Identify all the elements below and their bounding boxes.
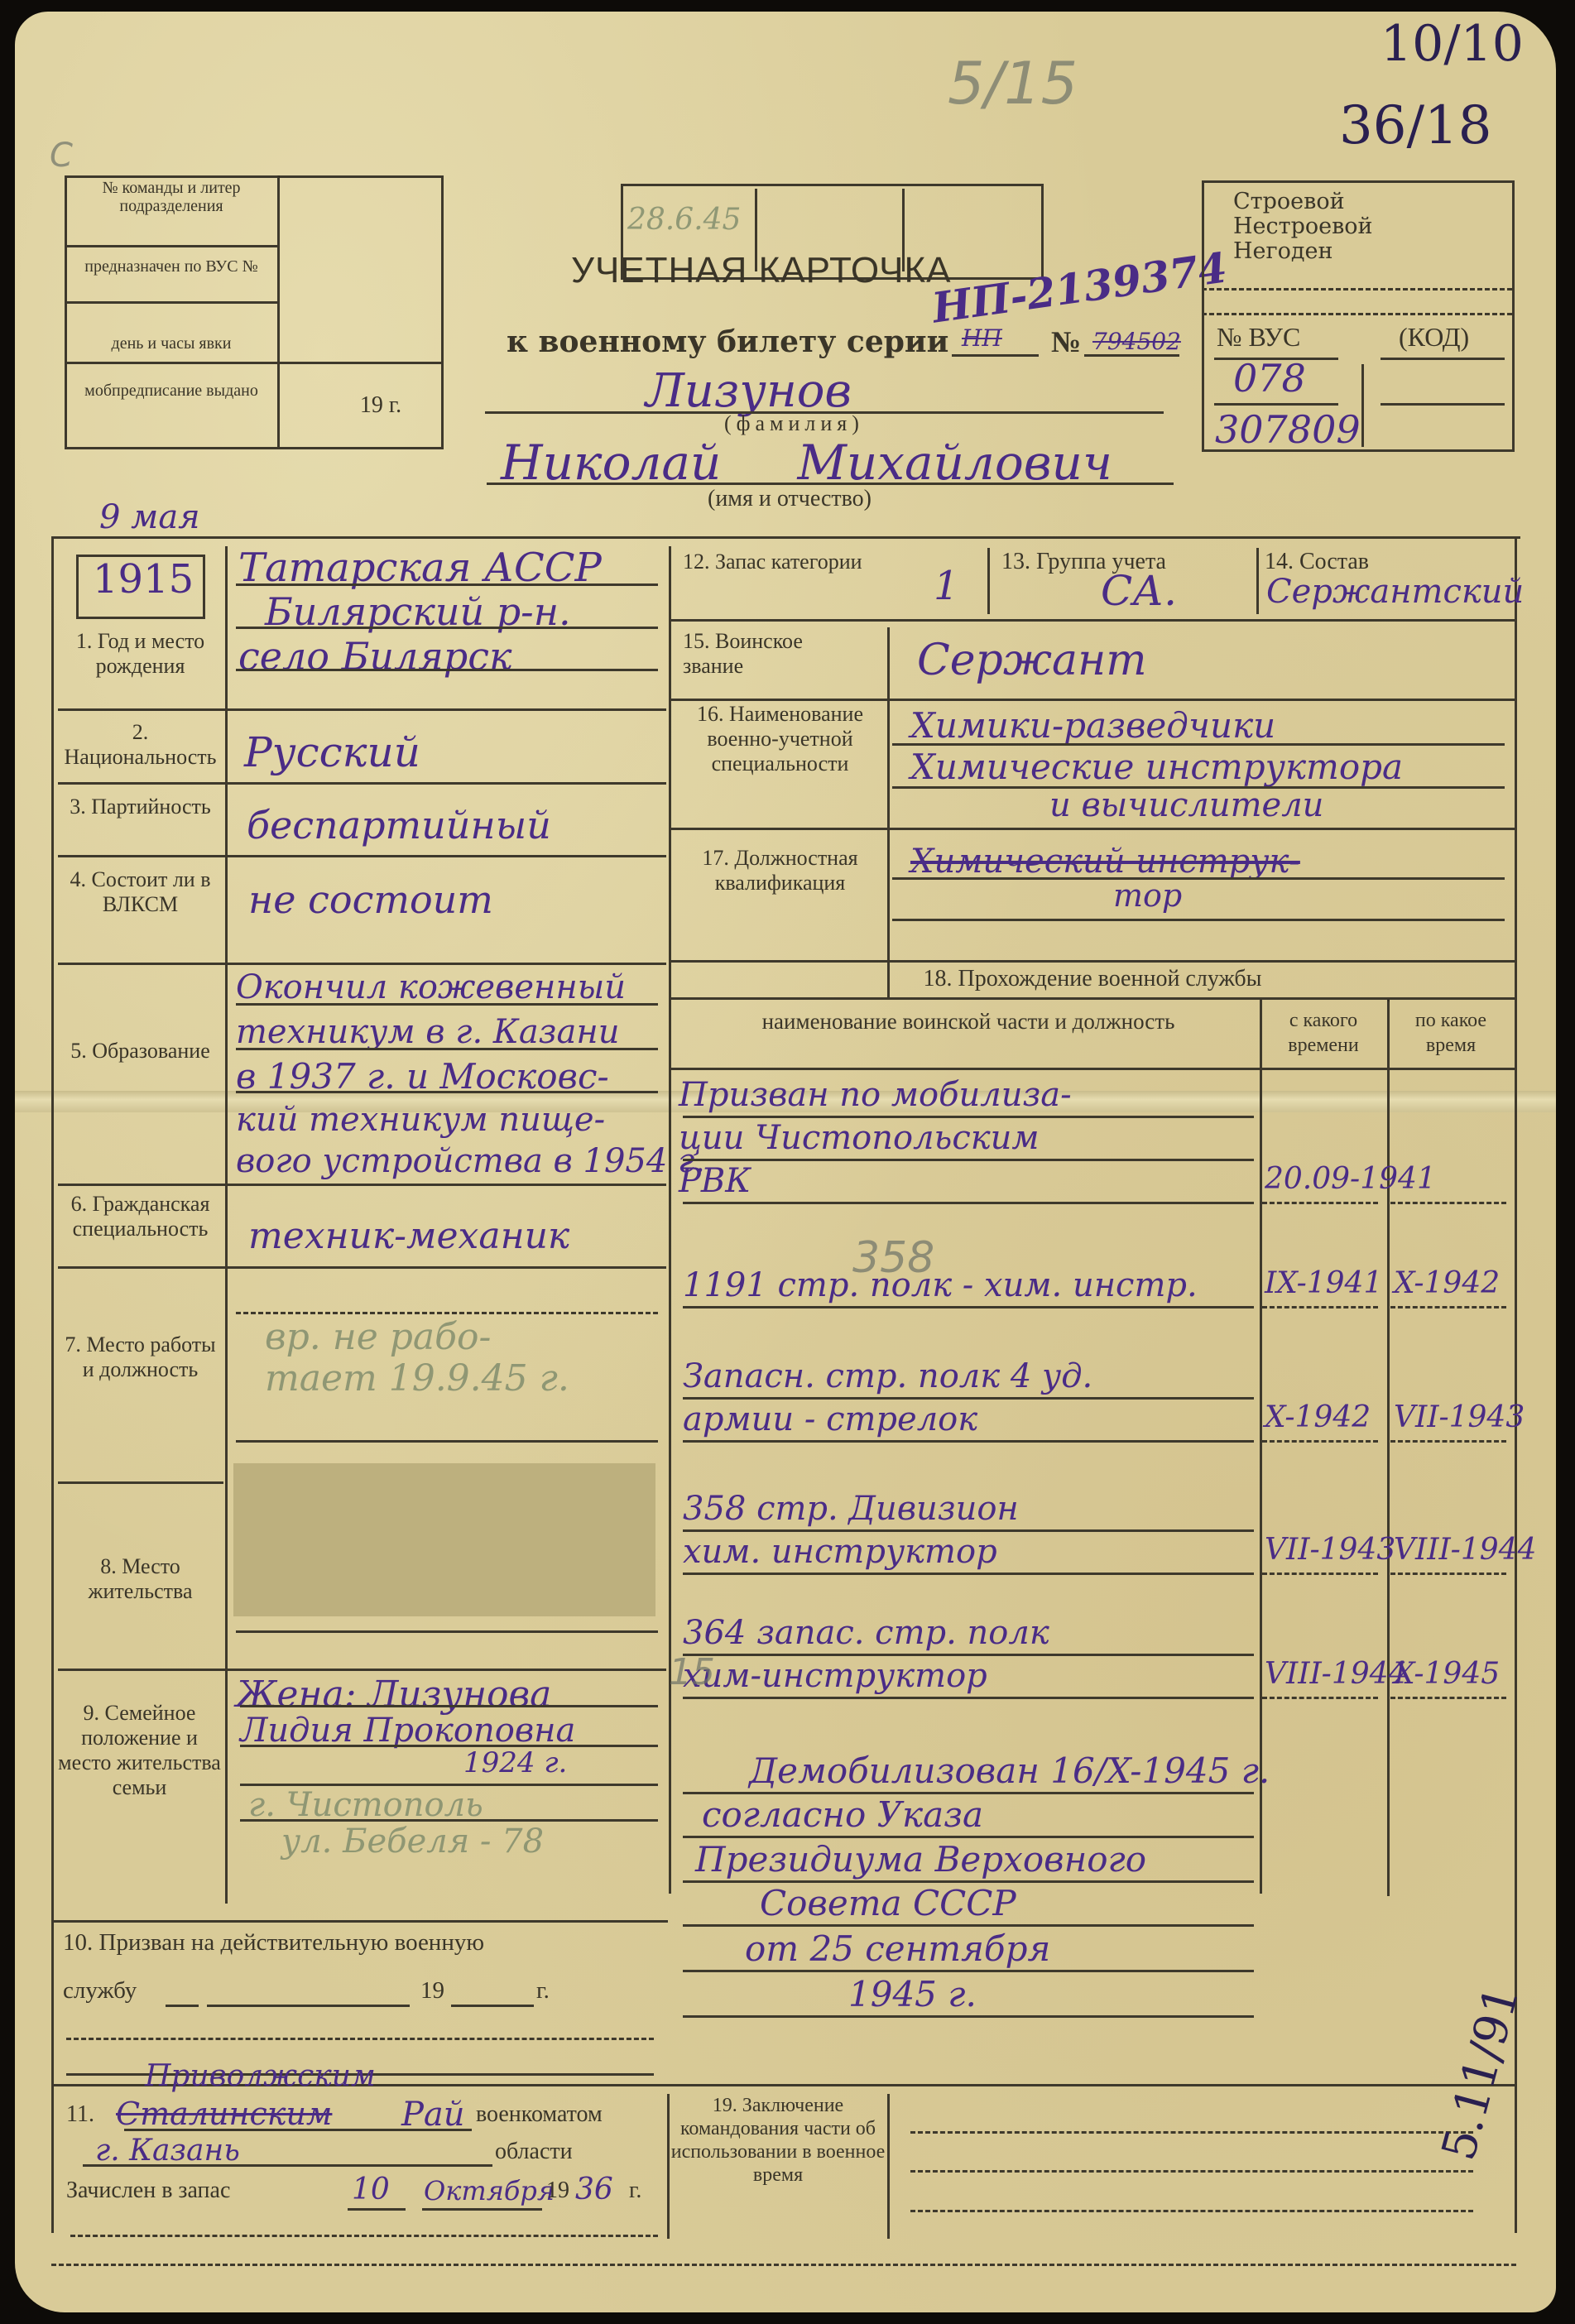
service-from-date: VII-1943 xyxy=(1265,1533,1395,1567)
entry-line xyxy=(910,2170,1473,2173)
reserve-label: Зачислен в запас xyxy=(66,2178,230,2203)
service-unit-text: Призван по мобилиза- xyxy=(679,1076,1072,1114)
blank-month xyxy=(422,2208,542,2211)
demobilization-line: Совета СССР xyxy=(760,1883,1016,1923)
row-divider xyxy=(58,1266,666,1269)
composition-value: Сержантский xyxy=(1266,573,1524,611)
service-to-date: X-1942 xyxy=(1394,1266,1500,1300)
mob-order-year: 19 г. xyxy=(331,393,430,418)
entry-line xyxy=(1390,1440,1506,1443)
demobilization-line: Демобилизован 16/X-1945 г. xyxy=(749,1750,1270,1791)
entry-line xyxy=(683,1159,1254,1161)
category-negoden: Негоден xyxy=(1233,240,1333,263)
reserve-day: 10 xyxy=(352,2173,390,2206)
field-10-year-prefix: 19 xyxy=(420,1978,444,2003)
entry-line xyxy=(240,1745,658,1747)
margin-mark: С xyxy=(50,137,73,175)
label-field-12: 12. Запас категории xyxy=(683,550,862,574)
reserve-suffix: г. xyxy=(629,2178,641,2203)
service-header-to: по какое время xyxy=(1390,1008,1512,1058)
label-field-4: 4. Состоит ли в ВЛКСМ xyxy=(60,867,221,917)
name-line xyxy=(487,483,1174,485)
divider xyxy=(1381,403,1505,406)
entry-line xyxy=(683,1697,1254,1699)
row-divider xyxy=(58,963,666,965)
family-line-3: 1924 г. xyxy=(463,1746,567,1779)
label-field-2: 2. Национальность xyxy=(60,720,221,770)
service-from-date: X-1942 xyxy=(1265,1400,1371,1434)
entry-line xyxy=(910,2131,1473,2134)
entry-line xyxy=(1262,1573,1378,1575)
divider xyxy=(1381,358,1505,360)
entry-line xyxy=(240,1819,658,1822)
date-stamp: 28.6.45 xyxy=(627,203,741,237)
education-line-5: вого устройства в 1954 г. xyxy=(236,1142,705,1180)
subtitle: к военному билету серии xyxy=(507,324,948,359)
label-field-10-service: службу xyxy=(63,1978,137,2003)
label-field-9: 9. Семейное положение и место жительства… xyxy=(55,1701,224,1800)
demobilization-line: от 25 сентября xyxy=(745,1928,1050,1969)
table-bottom-border xyxy=(51,2264,1516,2266)
entry-line xyxy=(1262,1306,1378,1308)
entry-line xyxy=(70,2235,658,2237)
entry-line xyxy=(1390,1306,1506,1308)
field-10-year-suffix: г. xyxy=(536,1978,550,2003)
entry-line xyxy=(683,1397,1254,1400)
label-field-15: 15. Воинское звание xyxy=(683,629,848,679)
name-caption: (имя и отчество) xyxy=(708,486,872,512)
table-left-border xyxy=(51,536,54,2233)
surname: Лизунов xyxy=(646,364,852,418)
entry-line xyxy=(236,1003,658,1006)
label-command-number: № команды и литер подразделения xyxy=(68,179,275,215)
komsomol-value: не состоит xyxy=(248,877,493,922)
qualification-line-2: тор xyxy=(1113,877,1182,914)
label-column-divider xyxy=(225,546,228,1904)
service-unit-text: 364 запас. стр. полк xyxy=(683,1614,1049,1652)
specialty-line-3: и вычислители xyxy=(1049,786,1323,824)
redacted-residence xyxy=(233,1463,655,1616)
entry-line xyxy=(683,1440,1254,1443)
divider xyxy=(1202,288,1512,290)
label-field-10: 10. Призван на действительную военную xyxy=(63,1930,484,1955)
district-struck: Сталинским xyxy=(116,2096,332,2132)
divider xyxy=(887,627,890,1000)
entry-line xyxy=(124,2129,472,2131)
series-underline xyxy=(952,354,1039,357)
entry-line xyxy=(892,743,1505,746)
blank-day xyxy=(348,2208,406,2211)
code-value: 307809 xyxy=(1215,407,1361,452)
service-unit-text: РВК xyxy=(679,1162,751,1200)
entry-line xyxy=(1390,1573,1506,1575)
entry-line xyxy=(892,877,1505,880)
entry-line xyxy=(236,583,658,586)
service-from-date: IX-1941 xyxy=(1265,1266,1382,1300)
workplace-line-2: тает 19.9.45 г. xyxy=(265,1357,569,1400)
entry-line xyxy=(683,1116,1254,1118)
label-field-1: 1. Год и место рождения xyxy=(60,629,221,679)
divider xyxy=(277,175,280,447)
row-divider xyxy=(58,708,666,711)
category-nestroevoy: Нестроевой xyxy=(1233,215,1373,238)
family-line-1: Жена: Лизунова xyxy=(236,1673,551,1716)
entry-line xyxy=(1390,1697,1506,1699)
service-header-unit: наименование воинской части и должность xyxy=(679,1008,1258,1035)
number-label: № xyxy=(1051,324,1081,359)
entry-line xyxy=(236,1048,658,1050)
entry-line xyxy=(66,2038,654,2040)
corner-note-1: 10/10 xyxy=(1381,15,1524,73)
number-underline xyxy=(1084,354,1179,357)
row-divider xyxy=(670,960,1515,963)
voenkomat-label: военкоматом xyxy=(476,2102,603,2127)
entry-line xyxy=(683,1924,1254,1927)
label-field-14: 14. Состав xyxy=(1265,550,1369,574)
entry-line xyxy=(683,1529,1254,1532)
corner-note-2: 36/18 xyxy=(1339,95,1491,156)
service-unit-text: 358 стр. Дивизион xyxy=(683,1490,1019,1528)
education-line-2: техникум в г. Казани xyxy=(236,1013,619,1051)
divider xyxy=(667,2094,670,2239)
label-field-17: 17. Должностная квалификация xyxy=(675,846,886,896)
corner-note-pencil: 5/15 xyxy=(948,50,1078,118)
demobilization-line: 1945 г. xyxy=(848,1974,977,2014)
entry-line xyxy=(236,1630,658,1633)
label-field-5: 5. Образование xyxy=(60,1039,221,1064)
reserve-category-value: 1 xyxy=(934,563,959,609)
entry-line xyxy=(236,1312,658,1314)
divider xyxy=(65,245,280,247)
entry-line xyxy=(683,1654,1254,1656)
row-divider xyxy=(51,1920,668,1923)
education-line-4: кий техникум пище- xyxy=(236,1101,605,1139)
divider xyxy=(1387,1000,1390,1896)
entry-line xyxy=(1262,1697,1378,1699)
divider xyxy=(65,362,441,364)
row-divider xyxy=(58,855,666,857)
pencil-note: 15 xyxy=(669,1651,715,1693)
service-header-from: с какого времени xyxy=(1262,1008,1385,1058)
divider xyxy=(1361,364,1364,447)
service-unit-text: хим. инструктор xyxy=(683,1533,997,1571)
birth-date-note: 9 мая xyxy=(99,498,200,536)
entry-line xyxy=(683,2015,1254,2018)
pencil-note: 358 xyxy=(852,1233,934,1283)
specialty-line-1: Химики-разведчики xyxy=(910,705,1275,746)
birth-place-line-3: село Билярск xyxy=(238,634,511,679)
row-divider xyxy=(58,782,666,785)
row-divider xyxy=(58,1481,223,1484)
nationality-value: Русский xyxy=(244,728,420,776)
birth-year: 1915 xyxy=(93,556,194,603)
divider xyxy=(1202,313,1512,315)
entry-line xyxy=(240,1705,658,1707)
entry-line xyxy=(892,919,1505,921)
demobilization-line: согласно Указа xyxy=(702,1794,983,1835)
specialty-line-2: Химические инструктора xyxy=(910,747,1403,787)
row-divider xyxy=(58,1669,666,1671)
label-field-8: 8. Место жительства xyxy=(60,1554,221,1604)
label-field-6: 6. Гражданская специальность xyxy=(60,1192,221,1241)
service-to-date: VII-1943 xyxy=(1394,1400,1525,1434)
number-value: 794502 xyxy=(1092,328,1181,355)
code-label: (КОД) xyxy=(1399,324,1469,349)
row-divider xyxy=(58,1184,666,1186)
category-stroevoy: Строевой xyxy=(1233,190,1345,214)
workplace-line-1: вр. не рабо- xyxy=(265,1316,491,1358)
entry-line xyxy=(683,1970,1254,1972)
region-label: области xyxy=(495,2139,573,2164)
civil-specialty-value: техник-механик xyxy=(248,1215,569,1257)
entry-line xyxy=(683,1306,1254,1308)
entry-line xyxy=(1262,1202,1378,1204)
label-field-19: 19. Заключение командования части об исп… xyxy=(670,2094,886,2187)
surname-caption: (фамилия) xyxy=(724,411,864,436)
region-value: г. Казань xyxy=(95,2134,240,2168)
reserve-year-prefix: 19 xyxy=(546,2178,569,2203)
family-line-5: ул. Бебеля - 78 xyxy=(281,1822,544,1861)
service-unit-text: Запасн. стр. полк 4 уд. xyxy=(683,1357,1092,1395)
service-to-date: X-1945 xyxy=(1394,1657,1500,1691)
entry-line xyxy=(910,2210,1473,2212)
service-unit-text: ции Чистопольским xyxy=(679,1119,1040,1157)
service-from-date: 20.09-1941 xyxy=(1265,1162,1436,1196)
service-unit-text: хим-инструктор xyxy=(683,1657,987,1695)
divider xyxy=(1214,403,1338,406)
service-from-date: VIII-1944 xyxy=(1265,1657,1407,1691)
blank-month xyxy=(207,2005,410,2007)
label-field-16: 16. Наименование военно-учетной специаль… xyxy=(675,702,886,776)
service-to-date: VIII-1944 xyxy=(1394,1533,1536,1567)
divider xyxy=(65,301,280,304)
entry-line xyxy=(1390,1202,1506,1204)
blank-year xyxy=(451,2005,534,2007)
label-vus-assigned: предназначен по ВУС № xyxy=(68,257,275,276)
entry-line xyxy=(236,1091,658,1093)
rank-value: Сержант xyxy=(917,636,1147,685)
entry-line xyxy=(236,669,658,671)
entry-line xyxy=(83,2164,492,2167)
service-unit-text: 1191 стр. полк - хим. инстр. xyxy=(683,1266,1198,1304)
party-value: беспартийный xyxy=(247,803,551,847)
row-divider xyxy=(670,619,1515,622)
vus-value: 078 xyxy=(1233,356,1306,401)
education-line-1: Окончил кожевенный xyxy=(236,968,626,1006)
divider xyxy=(887,2094,890,2239)
entry-line xyxy=(683,1573,1254,1575)
row-divider xyxy=(670,828,1515,830)
row-divider xyxy=(670,1068,1515,1070)
qualification-line-1: Химический инструк- xyxy=(910,843,1300,881)
accounting-group-value: СА. xyxy=(1101,567,1177,615)
vus-label: № ВУС xyxy=(1217,324,1300,349)
entry-line xyxy=(1262,1440,1378,1443)
table-right-border xyxy=(1515,536,1517,2233)
series-value: НП xyxy=(962,324,1002,352)
table-top-border xyxy=(51,536,1520,539)
service-section-title: 18. Прохождение военной службы xyxy=(670,967,1515,992)
entry-line xyxy=(236,627,658,629)
entry-line xyxy=(236,1440,658,1443)
reserve-month: Октября xyxy=(424,2175,555,2206)
label-field-3: 3. Партийность xyxy=(60,795,221,819)
label-field-7: 7. Место работы и должность xyxy=(60,1332,221,1382)
reserve-year: 36 xyxy=(575,2173,613,2206)
label-report-time: день и часы явки xyxy=(68,331,275,356)
entry-line xyxy=(683,1202,1254,1204)
district-handwritten: Приволжским xyxy=(145,2059,376,2093)
page-title: УЧЕТНАЯ КАРТОЧКА xyxy=(571,250,951,291)
entry-line xyxy=(683,1836,1254,1838)
row-divider xyxy=(670,699,1515,701)
divider xyxy=(987,548,990,614)
demobilization-line: Президиума Верховного xyxy=(695,1839,1146,1880)
label-field-11: 11. xyxy=(66,2102,94,2127)
label-mob-order: мобпредписание выдано xyxy=(68,381,275,401)
blank-day xyxy=(166,2005,199,2007)
divider xyxy=(1256,548,1259,614)
service-unit-text: армии - стрелок xyxy=(683,1400,977,1438)
